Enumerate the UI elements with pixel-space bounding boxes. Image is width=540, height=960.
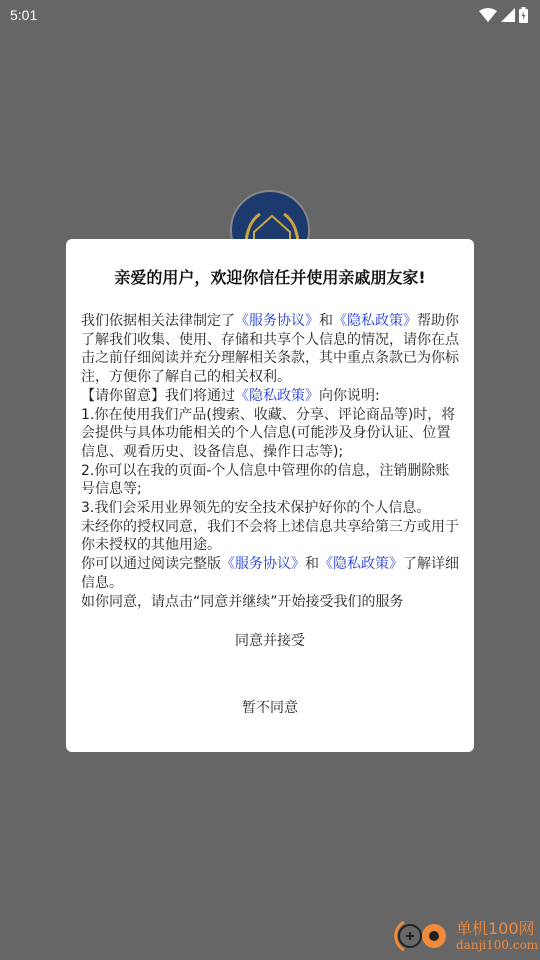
notice-item-2: 2.你可以在我的页面-个人信息中管理你的信息，注销删除账号信息等; [81, 462, 461, 499]
notice-item-1: 1.你在使用我们产品(搜索、收藏、分享、评论商品等)时，将会提供与具体功能相关的… [81, 406, 461, 462]
text: 和 [305, 556, 319, 572]
intro-paragraph: 我们依据相关法律制定了《服务协议》和《隐私政策》帮助你了解我们收集、使用、存储和… [81, 312, 461, 387]
service-agreement-link[interactable]: 《服务协议》 [221, 556, 305, 572]
notice-item-3: 3.我们会采用业界领先的安全技术保护好你的个人信息。 [81, 499, 461, 518]
privacy-policy-link[interactable]: 《隐私政策》 [235, 388, 319, 404]
consent-paragraph: 未经你的授权同意，我们不会将上述信息共享给第三方或用于你未授权的其他用途。 [81, 518, 461, 555]
service-agreement-link[interactable]: 《服务协议》 [235, 313, 319, 329]
battery-charging-icon [519, 7, 528, 23]
watermark: 单机100网 danji100.com [392, 912, 540, 960]
watermark-name: 单机100网 [456, 920, 538, 938]
watermark-logo-icon [392, 916, 452, 956]
dialog-title: 亲爱的用户，欢迎你信任并使用亲戚朋友家! [66, 265, 474, 288]
text: 向你说明: [319, 388, 380, 404]
notice-paragraph: 【请你留意】我们将通过《隐私政策》向你说明: [81, 387, 461, 406]
watermark-text: 单机100网 danji100.com [456, 920, 538, 952]
privacy-policy-link[interactable]: 《隐私政策》 [319, 556, 403, 572]
full-read-paragraph: 你可以通过阅读完整版《服务协议》和《隐私政策》了解详细信息。 [81, 555, 461, 592]
text: 和 [319, 313, 333, 329]
privacy-policy-link[interactable]: 《隐私政策》 [333, 313, 417, 329]
agree-button[interactable]: 同意并接受 [66, 621, 474, 661]
text: 你可以通过阅读完整版 [81, 556, 221, 572]
privacy-dialog: 亲爱的用户，欢迎你信任并使用亲戚朋友家! 我们依据相关法律制定了《服务协议》和《… [66, 239, 474, 752]
signal-icon [501, 8, 515, 22]
text: 我们依据相关法律制定了 [81, 313, 235, 329]
status-time: 5:01 [10, 7, 37, 23]
status-icons [479, 7, 528, 23]
watermark-url: danji100.com [456, 938, 538, 952]
text: 【请你留意】我们将通过 [81, 388, 235, 404]
status-bar: 5:01 [0, 0, 540, 30]
agree-instruction: 如你同意，请点击“同意并继续”开始接受我们的服务 [81, 593, 461, 612]
disagree-button[interactable]: 暂不同意 [66, 688, 474, 728]
wifi-icon [479, 8, 497, 22]
dialog-body: 我们依据相关法律制定了《服务协议》和《隐私政策》帮助你了解我们收集、使用、存储和… [81, 312, 461, 611]
